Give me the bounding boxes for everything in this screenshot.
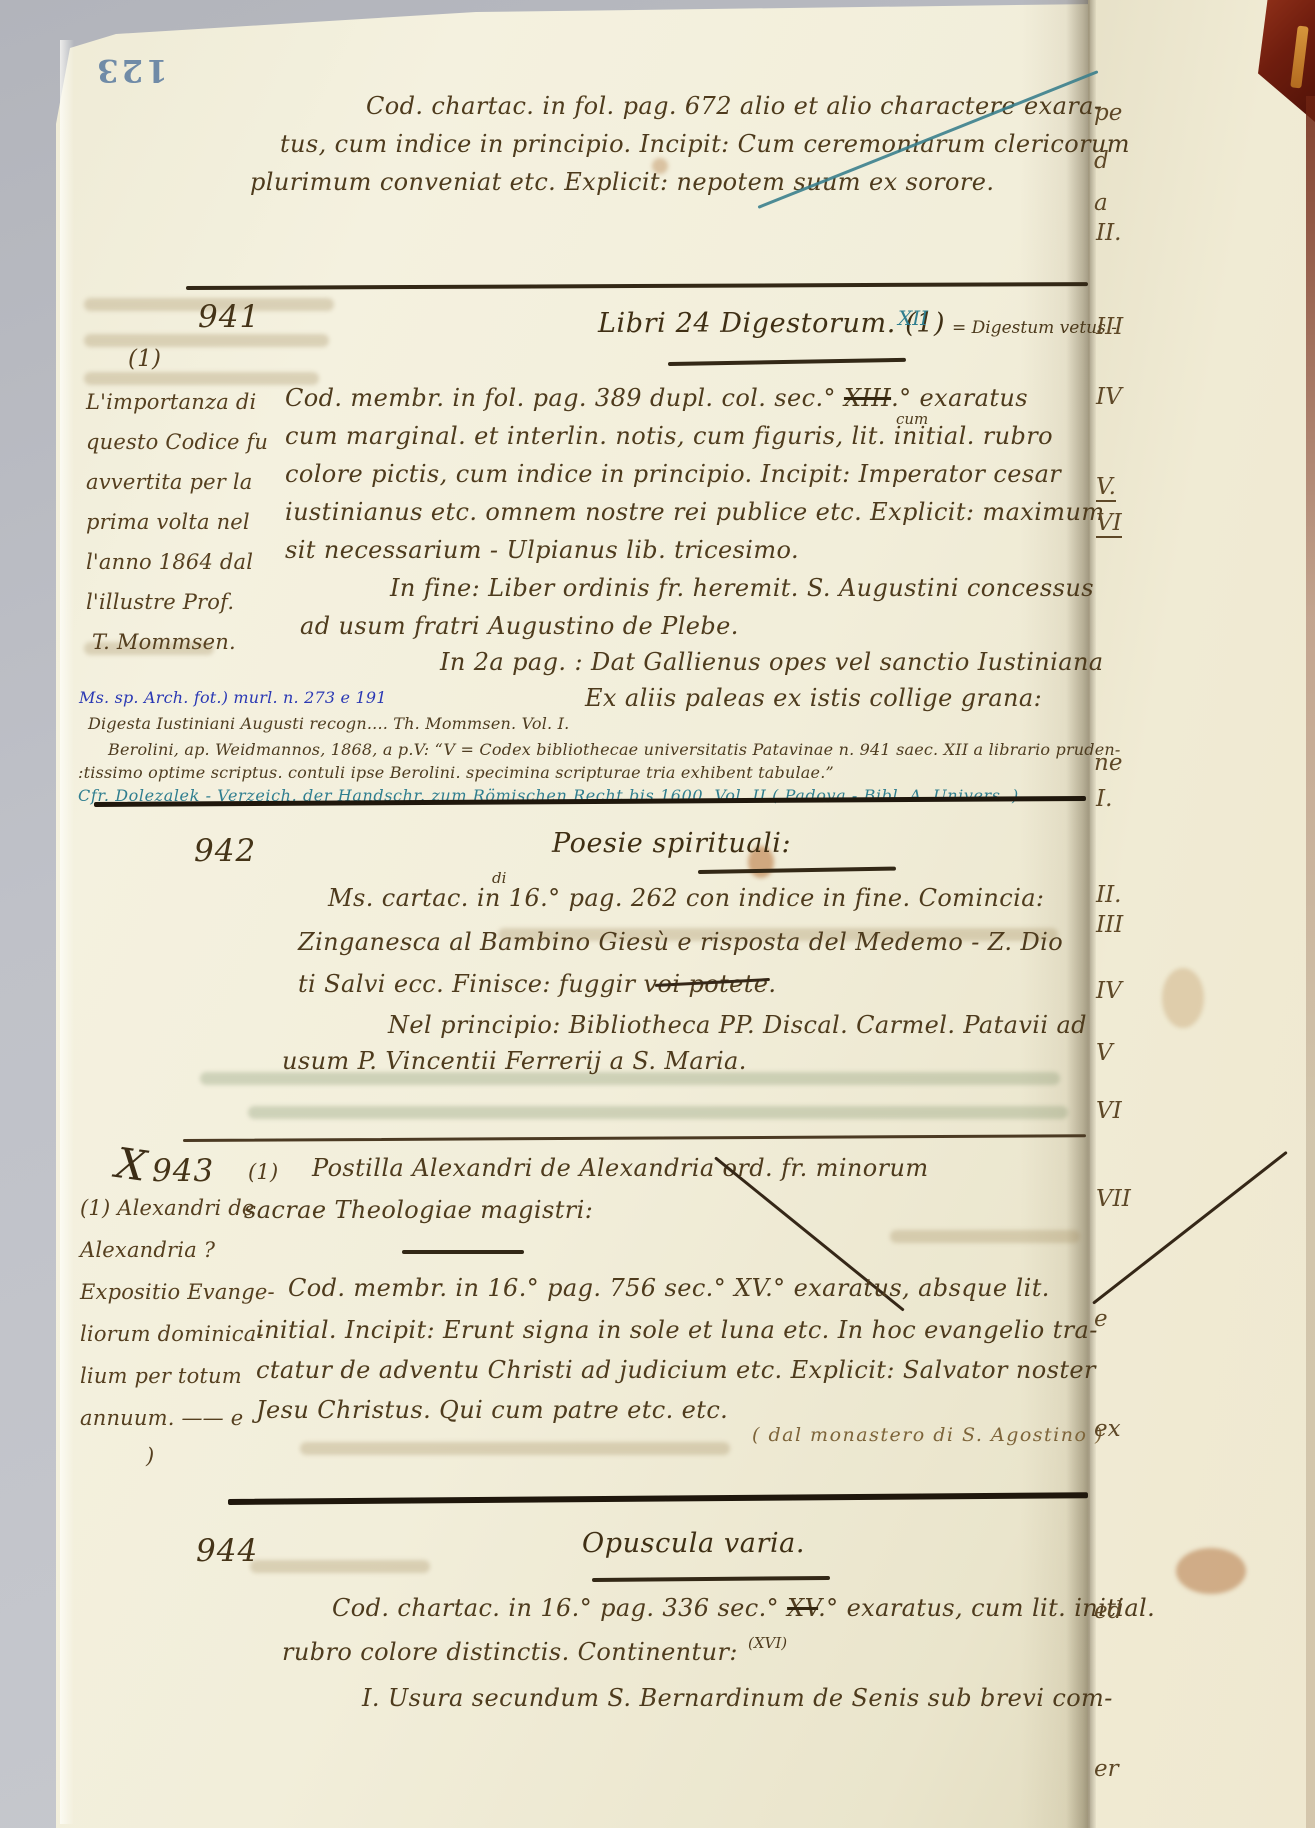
entry-943-x-mark: X [113, 1142, 149, 1188]
entry-944-title: Opuscula varia. [582, 1530, 805, 1557]
facing-page-fragment: d [1094, 148, 1109, 174]
facing-page-fragment: I. [1096, 786, 1112, 812]
entry-943-title-line: Postilla Alexandri de Alexandria ord. fr… [312, 1156, 929, 1188]
entry-941-body-line: In fine: Liber ordinis fr. heremit. S. A… [390, 576, 1094, 608]
body-text: Cod. membr. in fol. pag. 389 dupl. col. … [285, 384, 844, 412]
entry-941-number: 941 [198, 302, 260, 333]
entry-941-correction-xii: XII [898, 306, 928, 330]
entry-941-blue-note: Ms. sp. Arch. fot.) murl. n. 273 e 191 [79, 690, 387, 706]
entry-941-body-line: sit necessarium - Ulpianus lib. tricesim… [285, 538, 799, 570]
entry-941-footnote-mark: (1) [128, 348, 161, 371]
bleed-through-ghost [84, 372, 319, 385]
entry-943-margin-line: (1) Alexandri de [80, 1198, 255, 1219]
entry-943-margin-line: Alexandria ? [80, 1240, 215, 1261]
entry-941-body-line: ad usum fratri Augustino de Plebe. [300, 614, 739, 646]
facing-page-fragment: II. [1096, 882, 1121, 908]
entry-942-body-line: Ms. cartac. in 16.° pag. 262 con indice … [328, 886, 1044, 918]
facing-page-fragment: V [1096, 1040, 1113, 1066]
facing-page-fragment: a [1094, 190, 1108, 216]
entry-943-margin-line: Expositio Evange- [80, 1282, 275, 1303]
entry-941-citation-line: :tissimo optime scriptus. contuli ipse B… [78, 765, 834, 781]
entry-941-body-line: iustinianus etc. omnem nostre rei public… [285, 500, 1104, 532]
bleed-through-ghost [248, 1106, 1068, 1119]
entry-941-margin-line: prima volta nel [86, 512, 250, 533]
book-edge-strip [1306, 96, 1315, 1828]
facing-page-fragment: II. [1096, 220, 1121, 246]
ink-stain [1162, 968, 1204, 1028]
title-underline [402, 1250, 524, 1254]
entry-943-margin-line: lium per totum [80, 1366, 242, 1387]
top-note-line: tus, cum indice in principio. Incipit: C… [280, 132, 1130, 156]
entry-941-margin-line: L'importanza di [86, 392, 256, 413]
entry-941-body-line: Cod. membr. in fol. pag. 389 dupl. col. … [285, 386, 1028, 410]
entry-941-margin-line: avvertita per la [86, 472, 253, 493]
facing-page-fragment: e [1094, 1306, 1108, 1332]
entry-941-margin-line: l'anno 1864 dal [86, 552, 253, 573]
bleed-through-ghost [300, 1442, 730, 1455]
entry-944-correction-xvi: (XVI) [748, 1634, 787, 1652]
facing-page-fragment: ne [1094, 750, 1122, 776]
top-note-line: plurimum conveniat etc. Explicit: nepote… [250, 170, 994, 194]
ink-stain [1176, 1548, 1246, 1594]
facing-page-fragment: er [1094, 1756, 1119, 1782]
facing-page-fragment: III [1096, 314, 1123, 340]
entry-941-margin-line: T. Mommsen. [92, 632, 236, 653]
entry-943-title-line: sacrae Theologiae magistri: [244, 1198, 593, 1230]
entry-943-body-line: Cod. membr. in 16.° pag. 756 sec.° XV.° … [288, 1276, 1050, 1308]
facing-page-fragment: V. [1096, 474, 1116, 502]
entry-941-body-line: cum marginal. et interlin. notis, cum fi… [285, 424, 1053, 456]
entry-943-provenance: ( dal monastero di S. Agostino ) [752, 1424, 1104, 1446]
facing-page-fragment: VII [1096, 1186, 1131, 1212]
entry-944-body-line: Cod. chartac. in 16.° pag. 336 sec.° XV.… [332, 1596, 1155, 1620]
entry-941-margin-line: questo Codice fu [86, 432, 268, 453]
entry-943-body-line: ctatur de adventu Christi ad judicium et… [256, 1358, 1096, 1390]
entry-941-citation-line: Berolini, ap. Weidmannos, 1868, a p.V: “… [108, 742, 1121, 758]
page-number-stamp: 123 [94, 52, 168, 88]
entry-941-citation-line: Digesta Iustiniani Augusti recogn.... Th… [88, 716, 569, 732]
entry-944-body-line: rubro colore distinctis. Continentur: [282, 1640, 738, 1664]
entry-942-body-line: ti Salvi ecc. Finisce: fuggir voi potete… [298, 972, 776, 1004]
paper-edge-highlight [60, 40, 74, 1824]
struck-numeral: XV [787, 1594, 818, 1622]
entry-943-footnote-mark: (1) [248, 1162, 278, 1183]
entry-941-body-line: Ex aliis paleas ex istis collige grana: [585, 686, 1042, 718]
entry-942-body-line: Nel principio: Bibliotheca PP. Discal. C… [388, 1013, 1087, 1045]
bleed-through-ghost [250, 1560, 430, 1573]
facing-page-fragment: III [1096, 912, 1123, 938]
entry-942-body-line: usum P. Vincentii Ferrerij a S. Maria. [282, 1049, 747, 1081]
bleed-through-ghost [84, 334, 329, 347]
entry-942-body-line: Zinganesca al Bambino Giesù e risposta d… [298, 930, 1063, 962]
body-text: .° exaratus [891, 384, 1028, 412]
entry-941-margin-line: l'illustre Prof. [86, 592, 234, 613]
facing-page-fragment: pe [1094, 100, 1122, 126]
entry-943-margin-line: annuum. —— e [80, 1408, 243, 1429]
struck-numeral: XIII [844, 384, 891, 412]
entry-943-margin-line: ) [146, 1446, 154, 1467]
manuscript-scan: 123 Cod. chartac. in fol. pag. 672 alio … [0, 0, 1315, 1828]
facing-page-fragment: ex [1094, 1416, 1121, 1442]
facing-page-fragment: IV [1096, 384, 1122, 410]
entry-943-margin-line: liorum dominica- [80, 1324, 264, 1345]
entry-943-body-line: Jesu Christus. Qui cum patre etc. etc. [256, 1398, 728, 1430]
entry-943-number: 943 [152, 1156, 214, 1187]
entry-942-title: Poesie spirituali: [552, 830, 791, 857]
entry-944-body-line: I. Usura secundum S. Bernardinum de Seni… [362, 1686, 1113, 1710]
facing-page-fragment: IV [1096, 978, 1122, 1004]
entry-941-title-suffix: = Digestum vetus - [952, 318, 1117, 338]
entry-941-body-line: colore pictis, cum indice in principio. … [285, 462, 1061, 494]
entry-941-body-line: In 2a pag. : Dat Gallienus opes vel sanc… [440, 650, 1104, 682]
bleed-through-ghost [890, 1230, 1080, 1243]
facing-page-fragment: ed [1094, 1598, 1122, 1624]
entry-943-body-line: initial. Incipit: Erunt signa in sole et… [256, 1318, 1098, 1350]
facing-page-fragment: VI [1096, 510, 1122, 538]
facing-page-fragment: VI [1096, 1098, 1122, 1124]
entry-941-title: Libri 24 Digestorum. (1) [598, 310, 945, 337]
entry-944-number: 944 [196, 1536, 258, 1567]
entry-942-number: 942 [194, 836, 256, 867]
body-text: Cod. chartac. in 16.° pag. 336 sec.° [332, 1594, 787, 1622]
